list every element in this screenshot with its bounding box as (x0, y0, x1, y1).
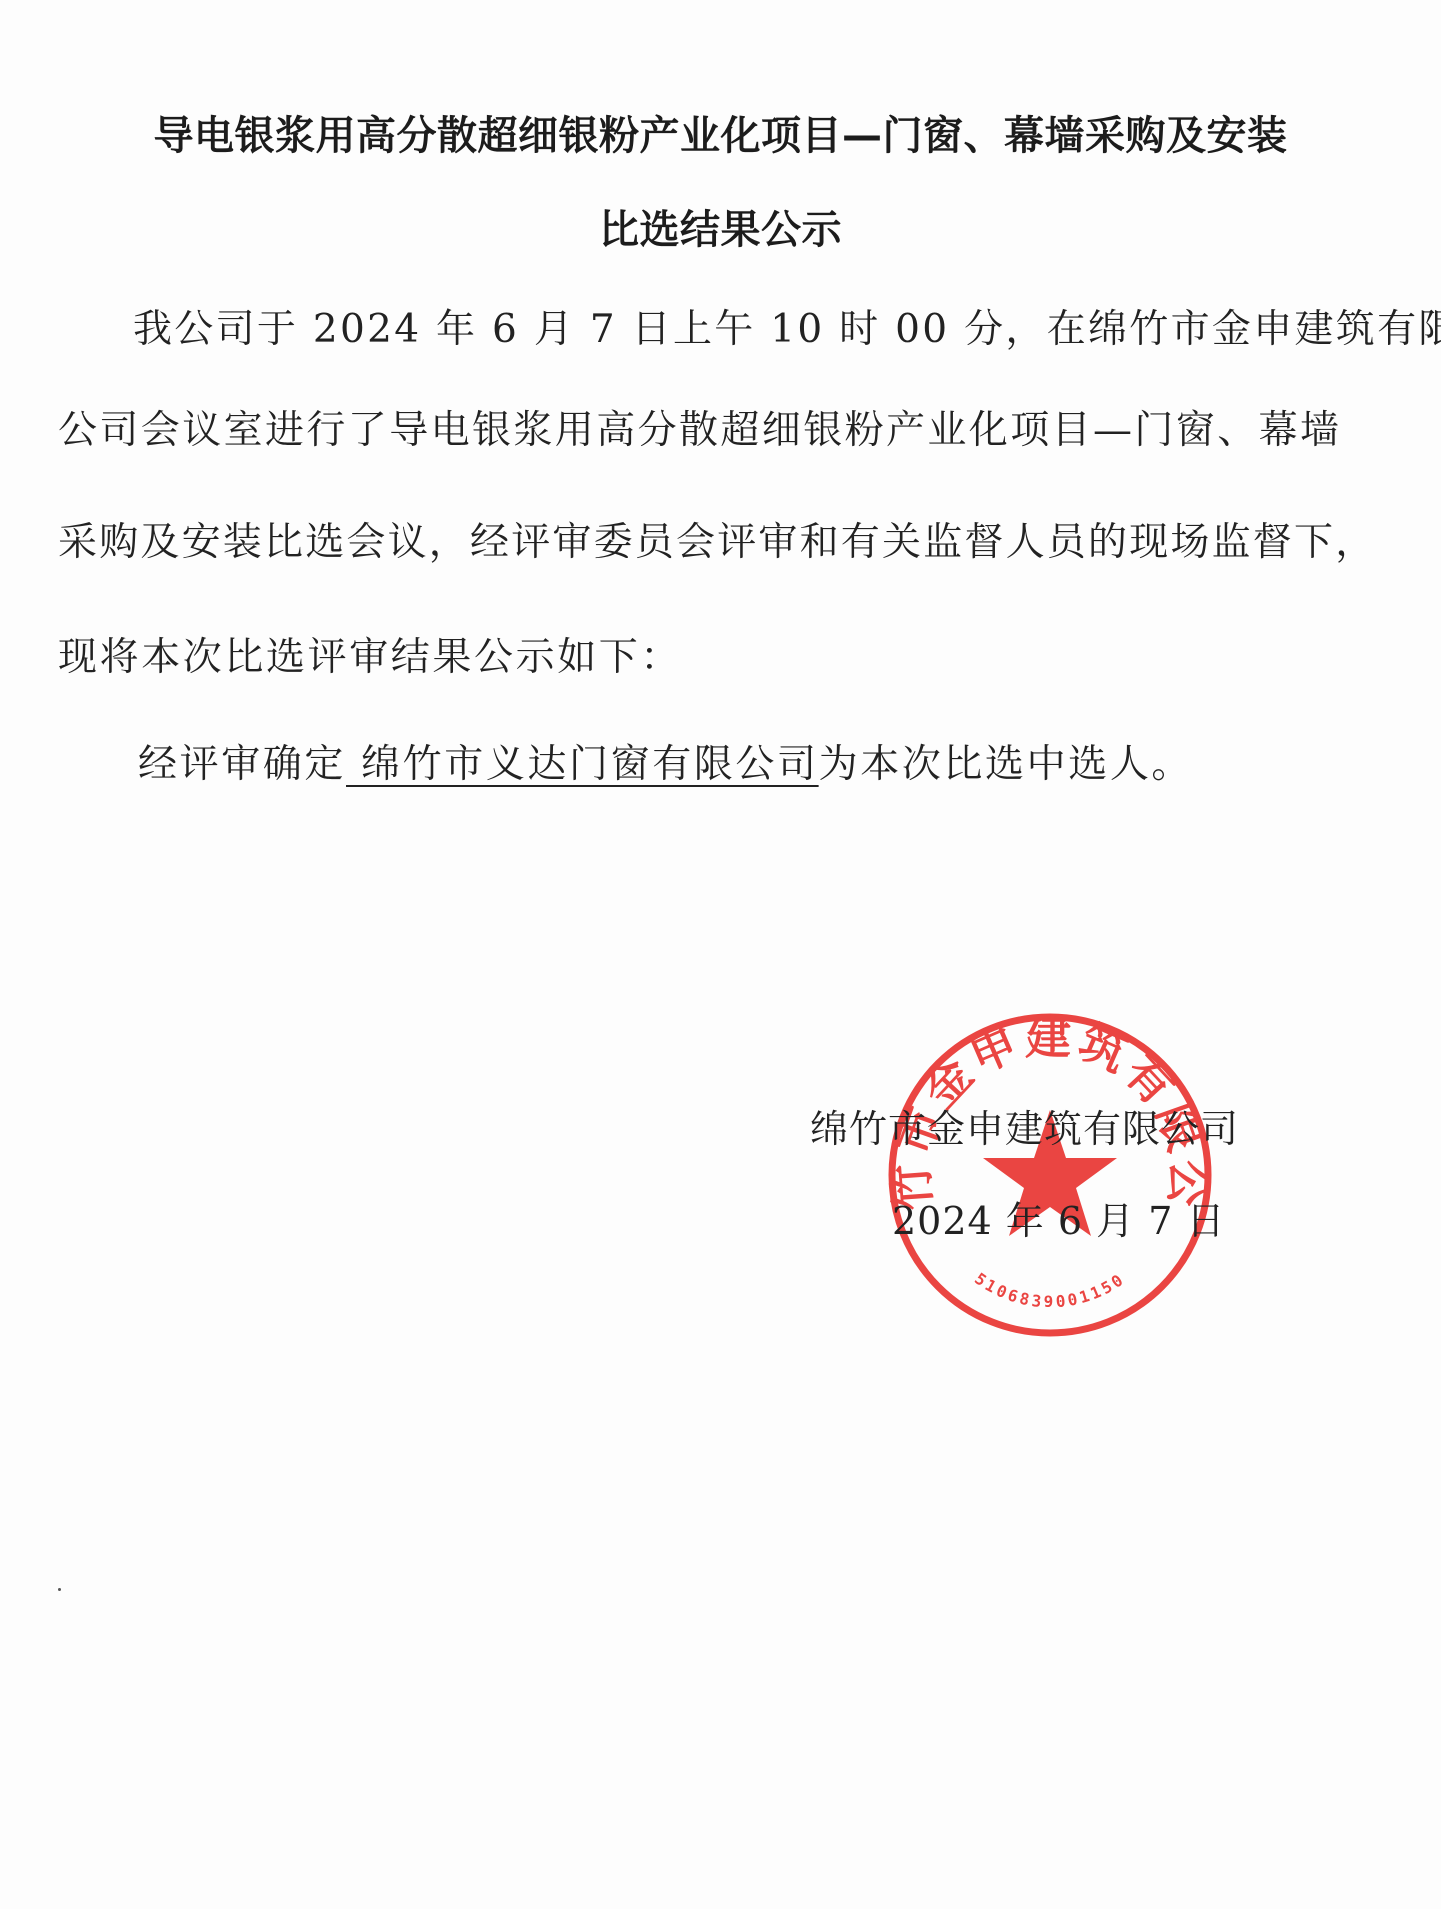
paragraph-line-1: 我公司于 2024 年 6 月 7 日上午 10 时 00 分，在绵竹市金申建筑… (133, 298, 1441, 354)
paragraph-line-4: 现将本次比选评审结果公示如下： (58, 626, 682, 682)
signature-company: 绵竹市金申建筑有限公司 (810, 1098, 1239, 1153)
signature-date: 2024 年 6 月 7 日 (892, 1190, 1225, 1245)
paragraph-line-2: 公司会议室进行了导电银浆用高分散超细银粉产业化项目—门窗、幕墙 (58, 399, 1341, 455)
result-prefix: 经评审确定 (138, 742, 346, 787)
stamp-code: 5106839001150 (971, 1269, 1129, 1311)
document-title-line2: 比选结果公示 (0, 198, 1441, 255)
company-seal-stamp: 绵竹市金申建筑有限公司 5106839001150 (885, 1010, 1215, 1340)
winning-bidder: 绵竹市义达门窗有限公司 (346, 742, 819, 787)
paragraph-line-3: 采购及安装比选会议，经评审委员会评审和有关监督人员的现场监督下， (58, 511, 1376, 567)
scan-speck (58, 1588, 61, 1591)
document-title-line1: 导电银浆用高分散超细银粉产业化项目—门窗、幕墙采购及安装 (0, 104, 1441, 161)
result-statement: 经评审确定 绵竹市义达门窗有限公司为本次比选中选人。 (138, 733, 1193, 789)
svg-text:5106839001150: 5106839001150 (971, 1269, 1129, 1311)
result-suffix: 为本次比选中选人。 (819, 742, 1193, 787)
